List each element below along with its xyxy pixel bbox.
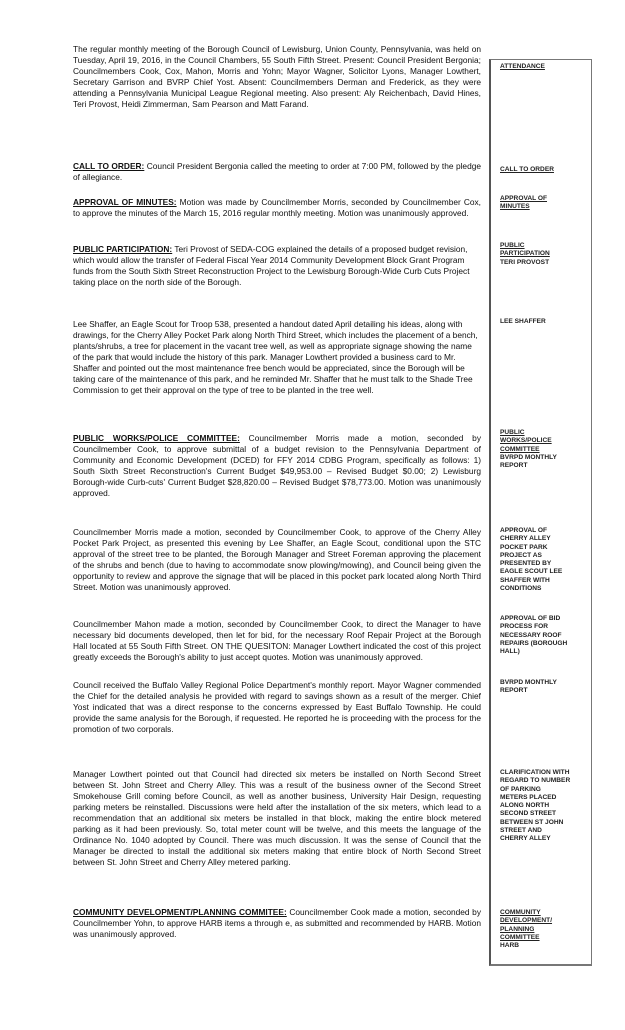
margin-label-public-works: PUBLICWORKS/POLICECOMMITTEEBVRPD MONTHLY… bbox=[500, 429, 595, 470]
paragraph-attendance: The regular monthly meeting of the Borou… bbox=[73, 44, 481, 110]
margin-label-community-development: COMMUNITYDEVELOPMENT/PLANNINGCOMMITTEEHA… bbox=[500, 909, 595, 950]
margin-label-heading: PLANNING bbox=[500, 926, 595, 934]
paragraph-bvrpd-report: Council received the Buffalo Valley Regi… bbox=[73, 680, 481, 735]
margin-label-text: REPORT bbox=[500, 687, 595, 695]
margin-label-text: LEE SHAFFER bbox=[500, 318, 595, 326]
paragraph-call-to-order: CALL TO ORDER: Council President Bergoni… bbox=[73, 161, 481, 183]
paragraph-text: Manager Lowthert pointed out that Counci… bbox=[73, 769, 481, 845]
margin-label-text: NECESSARY ROOF bbox=[500, 632, 595, 640]
margin-label-roof-repair: APPROVAL OF BIDPROCESS FORNECESSARY ROOF… bbox=[500, 615, 595, 656]
margin-label-heading: PUBLIC bbox=[500, 429, 595, 437]
margin-label-heading: WORKS/POLICE bbox=[500, 437, 595, 445]
margin-label-text: SHAFFER WITH bbox=[500, 577, 595, 585]
margin-label-text: STREET AND bbox=[500, 827, 595, 835]
paragraph-roof-repair: Councilmember Mahon made a motion, secon… bbox=[73, 619, 481, 663]
margin-label-text: REPORT bbox=[500, 462, 595, 470]
margin-label-text: BVRPD MONTHLY bbox=[500, 679, 595, 687]
margin-label-text: BVRPD MONTHLY bbox=[500, 454, 595, 462]
section-heading: PUBLIC WORKS/POLICE COMMITTEE: bbox=[73, 433, 240, 443]
margin-label-lee-shaffer: LEE SHAFFER bbox=[500, 318, 595, 326]
margin-label-cherry-alley: APPROVAL OFCHERRY ALLEYPOCKET PARKPROJEC… bbox=[500, 527, 595, 593]
margin-label-text: EAGLE SCOUT LEE bbox=[500, 568, 595, 576]
margin-label-heading: PUBLIC bbox=[500, 242, 595, 250]
paragraph-text: Councilmember Mahon made a motion, secon… bbox=[73, 619, 481, 662]
margin-label-text: ALONG NORTH bbox=[500, 802, 595, 810]
bold-text: Tuesday, April 19, 2016, bbox=[73, 55, 163, 65]
margin-label-heading: APPROVAL OF bbox=[500, 195, 595, 203]
margin-label-text: BETWEEN ST JOHN bbox=[500, 819, 595, 827]
margin-label-text: CLARIFICATION WITH bbox=[500, 769, 595, 777]
margin-label-text: CONDITIONS bbox=[500, 585, 595, 593]
margin-label-heading: DEVELOPMENT/ bbox=[500, 917, 595, 925]
margin-label-heading: PARTICIPATION bbox=[500, 250, 595, 258]
margin-topic-box: ATTENDANCECALL TO ORDERAPPROVAL OFMINUTE… bbox=[489, 59, 592, 966]
margin-label-heading: COMMITTEE bbox=[500, 446, 595, 454]
margin-label-text: POCKET PARK bbox=[500, 544, 595, 552]
section-heading: APPROVAL OF MINUTES: bbox=[73, 197, 177, 207]
margin-label-text: PROCESS FOR bbox=[500, 623, 595, 631]
margin-label-bvrpd-report: BVRPD MONTHLYREPORT bbox=[500, 679, 595, 696]
section-heading: PUBLIC PARTICIPATION: bbox=[73, 244, 172, 254]
margin-label-text: REGARD TO NUMBER bbox=[500, 777, 595, 785]
margin-label-approval-of-minutes: APPROVAL OFMINUTES bbox=[500, 195, 595, 212]
section-heading: CALL TO ORDER: bbox=[73, 161, 144, 171]
paragraph-parking-meters: Manager Lowthert pointed out that Counci… bbox=[73, 769, 481, 868]
margin-label-heading: COMMUNITY bbox=[500, 909, 595, 917]
paragraph-text: Councilmember Morris made a motion, seco… bbox=[73, 527, 481, 592]
margin-label-text: METERS PLACED bbox=[500, 794, 595, 802]
section-heading: COMMUNITY DEVELOPMENT/PLANNING COMMITEE: bbox=[73, 907, 287, 917]
paragraph-lee-shaffer: Lee Shaffer, an Eagle Scout for Troop 53… bbox=[73, 319, 481, 396]
margin-label-text: PROJECT AS bbox=[500, 552, 595, 560]
bold-text: much bbox=[275, 835, 295, 845]
margin-label-text: REPAIRS (BOROUGH bbox=[500, 640, 595, 648]
margin-label-attendance: ATTENDANCE bbox=[500, 63, 595, 71]
margin-label-text: HALL) bbox=[500, 648, 595, 656]
margin-label-text: CHERRY ALLEY bbox=[500, 535, 595, 543]
margin-label-heading: CALL TO ORDER bbox=[500, 166, 595, 174]
paragraph-text: Lee Shaffer, an Eagle Scout for Troop 53… bbox=[73, 319, 478, 395]
margin-label-public-participation: PUBLICPARTICIPATIONTERI PROVOST bbox=[500, 242, 595, 267]
margin-label-text: HARB bbox=[500, 942, 595, 950]
margin-label-text: CHERRY ALLEY bbox=[500, 835, 595, 843]
margin-label-text: APPROVAL OF bbox=[500, 527, 595, 535]
margin-label-heading: ATTENDANCE bbox=[500, 63, 595, 71]
margin-label-text: OF PARKING bbox=[500, 786, 595, 794]
margin-label-text: TERI PROVOST bbox=[500, 259, 595, 267]
paragraph-community-development: COMMUNITY DEVELOPMENT/PLANNING COMMITEE:… bbox=[73, 907, 481, 940]
margin-label-text: APPROVAL OF BID bbox=[500, 615, 595, 623]
paragraph-text: Council received the Buffalo Valley Regi… bbox=[73, 680, 481, 734]
paragraph-public-works: PUBLIC WORKS/POLICE COMMITTEE: Councilme… bbox=[73, 433, 481, 499]
margin-label-call-to-order: CALL TO ORDER bbox=[500, 166, 595, 174]
paragraph-approval-of-minutes: APPROVAL OF MINUTES: Motion was made by … bbox=[73, 197, 481, 219]
margin-label-text: PRESENTED BY bbox=[500, 560, 595, 568]
paragraph-public-participation: PUBLIC PARTICIPATION: Teri Provost of SE… bbox=[73, 244, 481, 288]
margin-label-text: SECOND STREET bbox=[500, 810, 595, 818]
margin-label-heading: MINUTES bbox=[500, 203, 595, 211]
paragraph-cherry-alley: Councilmember Morris made a motion, seco… bbox=[73, 527, 481, 593]
margin-label-parking-meters: CLARIFICATION WITHREGARD TO NUMBEROF PAR… bbox=[500, 769, 595, 844]
paragraph-text: The regular monthly meeting of the Borou… bbox=[73, 44, 481, 54]
margin-label-heading: COMMITTEE bbox=[500, 934, 595, 942]
